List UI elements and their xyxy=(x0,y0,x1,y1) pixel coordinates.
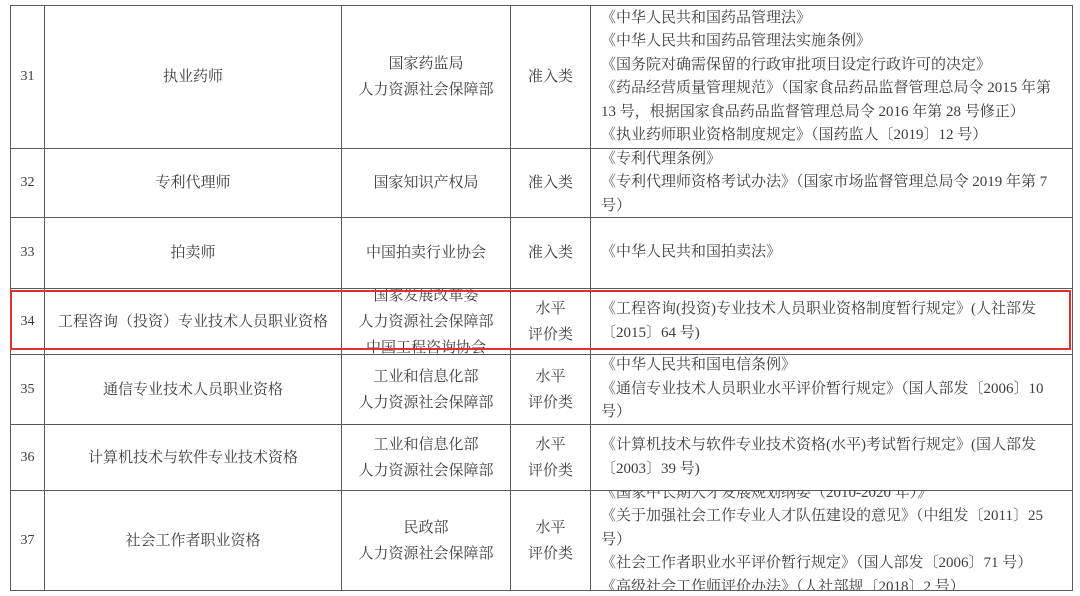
legal-basis-item: 《国务院对确需保留的行政审批项目设定行政许可的决定》 xyxy=(601,54,1064,78)
legal-basis-cell: 《国家中长期人才发展规划纲要（2010-2020 年）》《关于加强社会工作专业人… xyxy=(591,491,1073,591)
legal-basis-item: 《社会工作者职业水平评价暂行规定》（国人部发〔2006〕71 号） xyxy=(601,552,1064,576)
qualification-name-cell: 计算机技术与软件专业技术资格 xyxy=(45,425,342,491)
row-number-cell: 36 xyxy=(11,425,45,491)
table-row: 36 计算机技术与软件专业技术资格 工业和信息化部人力资源社会保障部 水平评价类… xyxy=(11,425,1073,491)
legal-basis-item: 《药品经营质量管理规范》（国家食品药品监督管理总局令 2015 年第 13 号，… xyxy=(601,77,1064,124)
table-row: 37 社会工作者职业资格 民政部人力资源社会保障部 水平评价类 《国家中长期人才… xyxy=(11,491,1073,591)
legal-basis-item: 《中华人民共和国药品管理法》 xyxy=(601,7,1064,31)
row-number-cell: 37 xyxy=(11,491,45,591)
category-cell: 水平评价类 xyxy=(511,491,591,591)
legal-basis-cell: 《中华人民共和国电信条例》《通信专业技术人员职业水平评价暂行规定》（国人部发〔2… xyxy=(591,355,1073,425)
qualification-name-cell: 工程咨询（投资）专业技术人员职业资格 xyxy=(45,289,342,355)
legal-basis-cell: 《工程咨询(投资)专业技术人员职业资格制度暂行规定》(人社部发〔2015〕64 … xyxy=(591,289,1073,355)
legal-basis-item: 《计算机技术与软件专业技术资格(水平)考试暂行规定》(国人部发〔2003〕39 … xyxy=(601,434,1064,481)
row-number-cell: 31 xyxy=(11,6,45,149)
department-line: 民政部 xyxy=(403,515,448,541)
table-row: 33 拍卖师 中国拍卖行业协会 准入类 《中华人民共和国拍卖法》 xyxy=(11,218,1073,289)
category-line: 评价类 xyxy=(528,541,573,567)
department-line: 国家知识产权局 xyxy=(373,170,478,196)
implementing-department-cell: 国家药监局人力资源社会保障部 xyxy=(342,6,511,149)
qualification-name-cell: 通信专业技术人员职业资格 xyxy=(45,355,342,425)
implementing-department-cell: 国家发展改革委人力资源社会保障部中国工程咨询协会 xyxy=(342,289,511,355)
category-cell: 水平评价类 xyxy=(511,425,591,491)
category-cell: 准入类 xyxy=(511,6,591,149)
category-line: 准入类 xyxy=(528,240,573,266)
category-cell: 准入类 xyxy=(511,218,591,289)
legal-basis-item: 《专利代理师资格考试办法》（国家市场监督管理总局令 2019 年第 7 号） xyxy=(601,171,1064,218)
qualification-name-cell: 专利代理师 xyxy=(45,149,342,218)
category-line: 水平 xyxy=(535,296,565,322)
row-number-cell: 33 xyxy=(11,218,45,289)
legal-basis-item: 《中华人民共和国电信条例》 xyxy=(601,355,1064,378)
qualification-name-cell: 社会工作者职业资格 xyxy=(45,491,342,591)
legal-basis-item: 《专利代理条例》 xyxy=(601,149,1064,171)
implementing-department-cell: 民政部人力资源社会保障部 xyxy=(342,491,511,591)
legal-basis-item: 《国家中长期人才发展规划纲要（2010-2020 年）》 xyxy=(601,491,1064,505)
category-line: 评价类 xyxy=(528,458,573,484)
implementing-department-cell: 工业和信息化部人力资源社会保障部 xyxy=(342,355,511,425)
table-row: 32 专利代理师 国家知识产权局 准入类 《专利代理条例》《专利代理师资格考试办… xyxy=(11,149,1073,218)
legal-basis-cell: 《中华人民共和国药品管理法》《中华人民共和国药品管理法实施条例》《国务院对确需保… xyxy=(591,6,1073,149)
department-line: 中国工程咨询协会 xyxy=(366,335,486,356)
legal-basis-item: 《高级社会工作师评价办法》（人社部规〔2018〕2 号） xyxy=(601,576,1064,591)
legal-basis-item: 《关于加强社会工作专业人才队伍建设的意见》（中组发〔2011〕25 号） xyxy=(601,505,1064,552)
implementing-department-cell: 中国拍卖行业协会 xyxy=(342,218,511,289)
department-line: 中国拍卖行业协会 xyxy=(366,240,486,266)
row-number-cell: 35 xyxy=(11,355,45,425)
qualification-name-cell: 拍卖师 xyxy=(45,218,342,289)
department-line: 人力资源社会保障部 xyxy=(358,390,493,416)
category-line: 水平 xyxy=(535,515,565,541)
department-line: 工业和信息化部 xyxy=(373,364,478,390)
department-line: 人力资源社会保障部 xyxy=(358,309,493,335)
department-line: 国家发展改革委 xyxy=(373,289,478,309)
row-number-cell: 34 xyxy=(11,289,45,355)
department-line: 工业和信息化部 xyxy=(373,432,478,458)
table-row: 31 执业药师 国家药监局人力资源社会保障部 准入类 《中华人民共和国药品管理法… xyxy=(11,6,1073,149)
category-cell: 水平评价类 xyxy=(511,355,591,425)
legal-basis-cell: 《中华人民共和国拍卖法》 xyxy=(591,218,1073,289)
category-cell: 水平评价类 xyxy=(511,289,591,355)
qualification-name-cell: 执业药师 xyxy=(45,6,342,149)
category-line: 水平 xyxy=(535,364,565,390)
document-page: 31 执业药师 国家药监局人力资源社会保障部 准入类 《中华人民共和国药品管理法… xyxy=(0,0,1080,596)
legal-basis-item: 《中华人民共和国药品管理法实施条例》 xyxy=(601,30,1064,54)
legal-basis-item: 《工程咨询(投资)专业技术人员职业资格制度暂行规定》(人社部发〔2015〕64 … xyxy=(601,298,1064,345)
category-line: 评价类 xyxy=(528,322,573,348)
department-line: 人力资源社会保障部 xyxy=(358,458,493,484)
row-number-cell: 32 xyxy=(11,149,45,218)
department-line: 人力资源社会保障部 xyxy=(358,77,493,103)
implementing-department-cell: 国家知识产权局 xyxy=(342,149,511,218)
category-cell: 准入类 xyxy=(511,149,591,218)
category-line: 准入类 xyxy=(528,170,573,196)
legal-basis-item: 《中华人民共和国拍卖法》 xyxy=(601,241,1064,265)
department-line: 人力资源社会保障部 xyxy=(358,541,493,567)
category-line: 准入类 xyxy=(528,64,573,90)
legal-basis-item: 《执业药师职业资格制度规定》（国药监人〔2019〕12 号） xyxy=(601,124,1064,148)
implementing-department-cell: 工业和信息化部人力资源社会保障部 xyxy=(342,425,511,491)
legal-basis-cell: 《专利代理条例》《专利代理师资格考试办法》（国家市场监督管理总局令 2019 年… xyxy=(591,149,1073,218)
department-line: 国家药监局 xyxy=(388,51,463,77)
legal-basis-cell: 《计算机技术与软件专业技术资格(水平)考试暂行规定》(国人部发〔2003〕39 … xyxy=(591,425,1073,491)
table-row: 35 通信专业技术人员职业资格 工业和信息化部人力资源社会保障部 水平评价类 《… xyxy=(11,355,1073,425)
category-line: 水平 xyxy=(535,432,565,458)
legal-basis-item: 《通信专业技术人员职业水平评价暂行规定》（国人部发〔2006〕10 号） xyxy=(601,378,1064,425)
category-line: 评价类 xyxy=(528,390,573,416)
qualification-table: 31 执业药师 国家药监局人力资源社会保障部 准入类 《中华人民共和国药品管理法… xyxy=(10,5,1073,591)
table-row-highlighted: 34 工程咨询（投资）专业技术人员职业资格 国家发展改革委人力资源社会保障部中国… xyxy=(11,289,1073,355)
